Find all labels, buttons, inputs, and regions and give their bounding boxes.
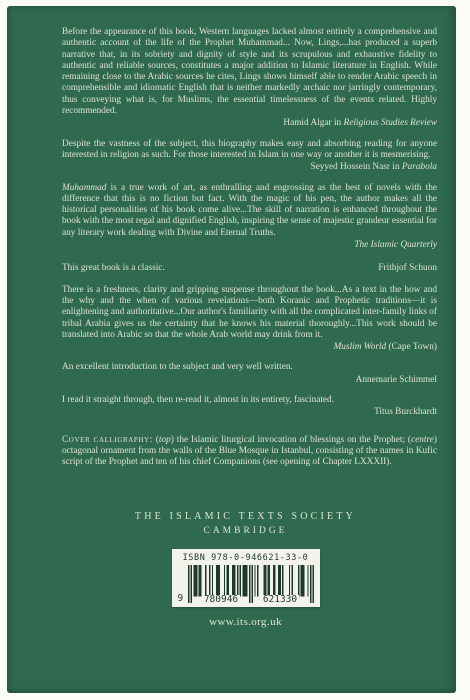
website-url: www.its.org.uk <box>54 617 437 628</box>
quote-attribution: The Islamic Quarterly <box>62 240 437 251</box>
publisher-name: THE ISLAMIC TEXTS SOCIETY <box>54 511 437 522</box>
calligraphy-italic-centre: centre <box>411 435 434 445</box>
isbn-barcode: ISBN 978-0-946621-33-0 9 780946 621330 <box>172 549 320 607</box>
calligraphy-italic-top: top <box>159 435 171 445</box>
barcode-bars: 9 780946 621330 <box>178 565 314 603</box>
quote-attribution: Annemarie Schimmel <box>62 375 437 386</box>
attribution-name: Hamid Algar in <box>283 118 343 128</box>
review-quote: Muhammad is a true work of art, as enthr… <box>62 183 437 252</box>
quote-attribution: Frithjof Schuon <box>378 263 437 274</box>
attribution-source: The Islamic Quarterly <box>354 240 437 250</box>
quote-body: Despite the vastness of the subject, thi… <box>62 139 437 160</box>
quote-body: This great book is a classic. <box>62 263 165 273</box>
barcode-digit-first: 9 <box>178 594 188 603</box>
quote-text: Despite the vastness of the subject, thi… <box>62 139 437 162</box>
quote-text: I read it straight through, then re-read… <box>62 395 437 406</box>
attribution-name: Annemarie Schimmel <box>356 375 437 385</box>
barcode-digits-right: 621330 <box>261 595 299 604</box>
quote-attribution: Muslim World (Cape Town) <box>62 342 437 353</box>
attribution-source: Parabola <box>402 162 437 172</box>
attribution-tail: (Cape Town) <box>386 342 437 352</box>
cover-content: Before the appearance of this book, West… <box>7 6 456 628</box>
review-quote: Despite the vastness of the subject, thi… <box>62 139 437 174</box>
publisher-city: CAMBRIDGE <box>54 526 437 537</box>
attribution-source: Muslim World <box>334 342 387 352</box>
review-quote: An excellent introduction to the subject… <box>62 362 437 386</box>
quote-text: There is a freshness, clarity and grippi… <box>62 285 437 341</box>
calligraphy-text: ) the Islamic liturgical invocation of b… <box>171 435 411 445</box>
quote-body: is a true work of art, as enthralling an… <box>62 183 437 238</box>
quote-attribution: Seyyed Hossein Nasr in Parabola <box>62 162 437 173</box>
calligraphy-label: Cover calligraphy: <box>62 435 153 445</box>
review-quote: Before the appearance of this book, West… <box>62 27 437 130</box>
quote-text: Before the appearance of this book, West… <box>62 27 437 117</box>
barcode-digits-left: 780946 <box>202 595 240 604</box>
quote-attribution: Hamid Algar in Religious Studies Review <box>62 118 437 129</box>
barcode-svg-wrap: 780946 621330 <box>188 565 314 603</box>
barcode-digits: 780946 621330 <box>192 595 310 604</box>
quote-body: There is a freshness, clarity and grippi… <box>62 285 437 340</box>
attribution-name: Frithjof Schuon <box>378 263 437 273</box>
quote-attribution: Titus Burckhardt <box>62 407 437 418</box>
calligraphy-note: Cover calligraphy: (top) the Islamic lit… <box>62 435 437 469</box>
attribution-source: Religious Studies Review <box>344 118 437 128</box>
quote-body: Before the appearance of this book, West… <box>62 27 437 116</box>
book-title-italic: Muhammad <box>62 183 106 193</box>
isbn-label: ISBN 978-0-946621-33-0 <box>178 553 314 563</box>
attribution-name: Titus Burckhardt <box>374 407 437 417</box>
review-quote: I read it straight through, then re-read… <box>62 395 437 419</box>
attribution-name: Seyyed Hossein Nasr in <box>310 162 401 172</box>
book-back-cover-scan: Before the appearance of this book, West… <box>0 0 470 700</box>
back-cover: Before the appearance of this book, West… <box>7 6 456 693</box>
quote-body: An excellent introduction to the subject… <box>62 362 293 372</box>
review-quote: This great book is a classic. Frithjof S… <box>62 263 437 274</box>
quote-text: An excellent introduction to the subject… <box>62 362 437 373</box>
review-quote: There is a freshness, clarity and grippi… <box>62 285 437 354</box>
quote-text: This great book is a classic. <box>62 263 165 274</box>
quote-text: Muhammad is a true work of art, as enthr… <box>62 183 437 239</box>
quote-body: I read it straight through, then re-read… <box>62 395 334 405</box>
publisher-block: THE ISLAMIC TEXTS SOCIETY CAMBRIDGE ISBN… <box>54 511 437 629</box>
